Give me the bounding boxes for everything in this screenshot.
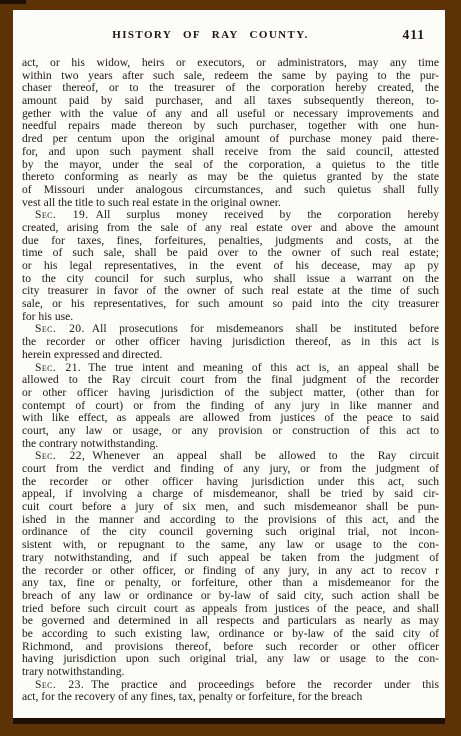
- section-first-line-text: All prosecutions for misdemeanors shall …: [92, 323, 439, 335]
- text-line: act, or his widow, heirs or executors, o…: [22, 57, 439, 70]
- running-header: HISTORY OF RAY COUNTY. 411: [22, 29, 439, 44]
- text-line: dred per centum upon the original amount…: [22, 133, 439, 146]
- section-first-line-text: Whenever an appeal shall be allowed to t…: [92, 450, 439, 462]
- section-first-line-text: All surplus money received by the corpor…: [96, 209, 440, 221]
- text-line: tried before such circuit court as appea…: [22, 603, 439, 616]
- text-line: gether with the value of any and all use…: [22, 108, 439, 121]
- text-line: allowed to the Ray circuit court from th…: [22, 374, 439, 387]
- section-label: Sec. 20.: [35, 323, 85, 335]
- text-line: sale, or his representatives, for such a…: [22, 298, 439, 311]
- text-line: herein expressed and directed.: [22, 349, 439, 362]
- page-body: act, or his widow, heirs or executors, o…: [22, 57, 439, 704]
- text-line: appeal, if involving a charge of misdeme…: [22, 488, 439, 501]
- text-line: time of such sale, shall be paid over to…: [22, 247, 439, 260]
- page-title: HISTORY OF RAY COUNTY.: [22, 29, 399, 41]
- text-line: chaser thereof, or to the treasurer of t…: [22, 82, 439, 95]
- text-line: thereto conforming as nearly as may be t…: [22, 171, 439, 184]
- page-number: 411: [402, 27, 425, 43]
- text-line: Sec. 20.All prosecutions for misdemeanor…: [22, 323, 439, 336]
- text-line: within two years after such sale, redeem…: [22, 70, 439, 83]
- text-line: or other officer having jurisdiction of …: [22, 387, 439, 400]
- section-label: Sec. 21.: [35, 362, 81, 374]
- text-line: sistent with, or repugnant to the same, …: [22, 539, 439, 552]
- text-line: vest all the title to such real estate i…: [22, 197, 439, 210]
- text-line: for, and upon such payment shall receive…: [22, 146, 439, 159]
- section-label: Sec. 19.: [35, 209, 89, 221]
- text-line: to the city council for such surplus, wh…: [22, 273, 439, 286]
- text-line: contempt of court) or from the finding o…: [22, 400, 439, 413]
- section-first-line-text: The practice and proceedings before the …: [91, 679, 439, 691]
- section-first-line-text: The true intent and meaning of this act …: [88, 362, 439, 374]
- text-line: for his use.: [22, 311, 439, 324]
- text-line: be governed and determined in all respec…: [22, 615, 439, 628]
- text-line: trary notwithstanding.: [22, 666, 439, 679]
- scan-bottom-edge-artifact: [13, 718, 445, 724]
- text-line: or his legal representatives, in the eve…: [22, 260, 439, 273]
- text-line: Sec. 23.The practice and proceedings bef…: [22, 679, 439, 692]
- text-line: Sec. 21.The true intent and meaning of t…: [22, 362, 439, 375]
- text-line: the recorder or other officer, or findin…: [22, 565, 439, 578]
- text-line: Richmond, and provisions thereof, before…: [22, 641, 439, 654]
- text-line: any tax, fine or penalty, or forfeiture,…: [22, 577, 439, 590]
- text-line: of Missouri under analogous circumstance…: [22, 184, 439, 197]
- text-line: act, for the recovery of any fines, tax,…: [22, 691, 439, 704]
- text-line: by the mayor, under the seal of the corp…: [22, 159, 439, 172]
- text-line: court, any law or usage, or any provisio…: [22, 425, 439, 438]
- text-line: trary notwithstanding, and if such appea…: [22, 552, 439, 565]
- scan-corner-artifact: [0, 0, 26, 4]
- text-line: Sec. 19.All surplus money received by th…: [22, 209, 439, 222]
- text-line: ished in the manner and according to the…: [22, 514, 439, 527]
- text-line: the recorder or other officer having jur…: [22, 476, 439, 489]
- section-label: Sec. 22,: [35, 450, 85, 462]
- text-line: breach of any law or ordinance or by-law…: [22, 590, 439, 603]
- text-line: city treasurer in favor of the owner of …: [22, 285, 439, 298]
- text-line: ordinance of the city council governing …: [22, 526, 439, 539]
- text-line: needful repairs made thereon by such pur…: [22, 120, 439, 133]
- text-line: be according to such existing law, ordin…: [22, 628, 439, 641]
- text-line: cuit court before a jury of six men, and…: [22, 501, 439, 514]
- section-label: Sec. 23.: [35, 679, 84, 691]
- scanned-book-page: { "frame": { "border_color": "#5d3306", …: [0, 0, 461, 736]
- text-line: with like effect, as appeals are allowed…: [22, 412, 439, 425]
- text-line: amount paid by said purchaser, and all t…: [22, 95, 439, 108]
- book-page: HISTORY OF RAY COUNTY. 411 act, or his w…: [13, 10, 445, 718]
- text-line: due for taxes, fines, forfeitures, penal…: [22, 235, 439, 248]
- text-line: Sec. 22,Whenever an appeal shall be allo…: [22, 450, 439, 463]
- text-line: having jurisdiction upon such original t…: [22, 653, 439, 666]
- text-line: the contrary notwithstanding.: [22, 438, 439, 451]
- text-line: court from the verdict and finding of an…: [22, 463, 439, 476]
- text-line: the recorder or other officer having jur…: [22, 336, 439, 349]
- text-line: created, arising from the sale of any re…: [22, 222, 439, 235]
